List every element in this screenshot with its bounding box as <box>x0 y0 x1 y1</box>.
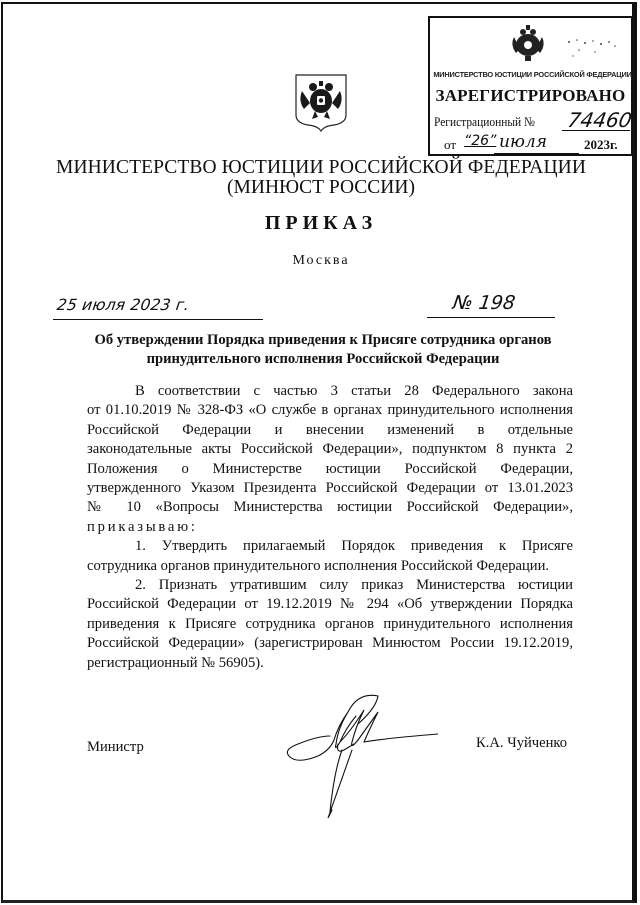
city: Москва <box>3 253 639 269</box>
signer-title: Министр <box>87 739 144 756</box>
stamp-speckle <box>565 32 625 62</box>
signer-name: К.А. Чуйченко <box>476 735 567 752</box>
stamp-date-day: “26” <box>464 133 496 149</box>
underline <box>494 153 579 154</box>
stamp-reg-number-row: Регистрационный № 74460 <box>434 112 632 132</box>
item-1: 1. Утвердить прилагаемый Порядок приведе… <box>87 537 573 576</box>
order-date-field: 25 июля 2023 г. <box>53 298 263 320</box>
ministry-short-name: (МИНЮСТ РОССИИ) <box>3 177 639 198</box>
decree-word: приказываю: <box>87 518 573 537</box>
stamp-date-year: 2023г. <box>584 137 618 153</box>
handwritten-signature-icon <box>278 692 438 822</box>
body-line: Российской Федерации и внесении изменени… <box>87 421 573 440</box>
document-body: В соответствии с частью 3 статьи 28 Феде… <box>87 382 573 673</box>
body-line: 2. Признать утратившим силу приказ Минис… <box>87 576 573 595</box>
ministry-title: МИНИСТЕРСТВО ЮСТИЦИИ РОССИЙСКОЙ ФЕДЕРАЦИ… <box>3 157 639 178</box>
body-line: В соответствии с частью 3 статьи 28 Феде… <box>87 382 573 401</box>
body-line: законодательные акты Российской Федераци… <box>87 440 573 459</box>
body-line: от 01.10.2019 № 328-ФЗ «О службе в орган… <box>87 401 573 420</box>
body-line: Российской Федерации от 19.12.2019 № 294… <box>87 595 573 614</box>
underline <box>427 317 555 318</box>
document-page: МИНИСТЕРСТВО ЮСТИЦИИ РОССИЙСКОЙ ФЕДЕРАЦИ… <box>1 2 637 903</box>
stamp-date-row: от “26” июля 2023г. <box>434 135 632 155</box>
item-2: 2. Признать утратившим силу приказ Минис… <box>87 576 573 673</box>
body-line: Российской Федерации» (зарегистрирован М… <box>87 634 573 653</box>
body-line: регистрационный № 56905). <box>87 654 573 673</box>
stamp-date-month: июля <box>499 132 547 152</box>
coat-of-arms-icon <box>290 71 352 133</box>
subject-line: принудительного исполнения Российской Фе… <box>63 350 583 369</box>
stamp-status: ЗАРЕГИСТРИРОВАНО <box>430 86 631 106</box>
stamp-reg-number-label: Регистрационный № <box>434 114 535 130</box>
stamp-reg-number-value: 74460 <box>566 108 634 132</box>
subject-line: Об утверждении Порядка приведения к Прис… <box>63 331 583 350</box>
document-subject: Об утверждении Порядка приведения к Прис… <box>63 331 583 368</box>
order-number-field: № 198 <box>427 294 555 318</box>
stamp-ministry-name: МИНИСТЕРСТВО ЮСТИЦИИ РОССИЙСКОЙ ФЕДЕРАЦИ… <box>433 70 632 79</box>
document-type: ПРИКАЗ <box>3 212 639 235</box>
underline <box>53 319 263 320</box>
order-date: 25 июля 2023 г. <box>56 296 191 314</box>
coat-of-arms-icon <box>508 23 548 63</box>
registration-stamp: МИНИСТЕРСТВО ЮСТИЦИИ РОССИЙСКОЙ ФЕДЕРАЦИ… <box>428 16 633 156</box>
body-line: Положения о Министерстве юстиции Российс… <box>87 460 573 479</box>
body-line: сотрудника органов принудительного испол… <box>87 557 573 576</box>
body-line: утвержденного Указом Президента Российск… <box>87 479 573 498</box>
stamp-date-prefix: от <box>444 137 456 153</box>
body-line: № 10 «Вопросы Министерства юстиции Росси… <box>87 498 573 517</box>
body-line: приведения к Присяге сотрудника органов … <box>87 615 573 634</box>
order-number: № 198 <box>451 292 516 314</box>
preamble-paragraph: В соответствии с частью 3 статьи 28 Феде… <box>87 382 573 537</box>
body-line: 1. Утвердить прилагаемый Порядок приведе… <box>87 537 573 556</box>
